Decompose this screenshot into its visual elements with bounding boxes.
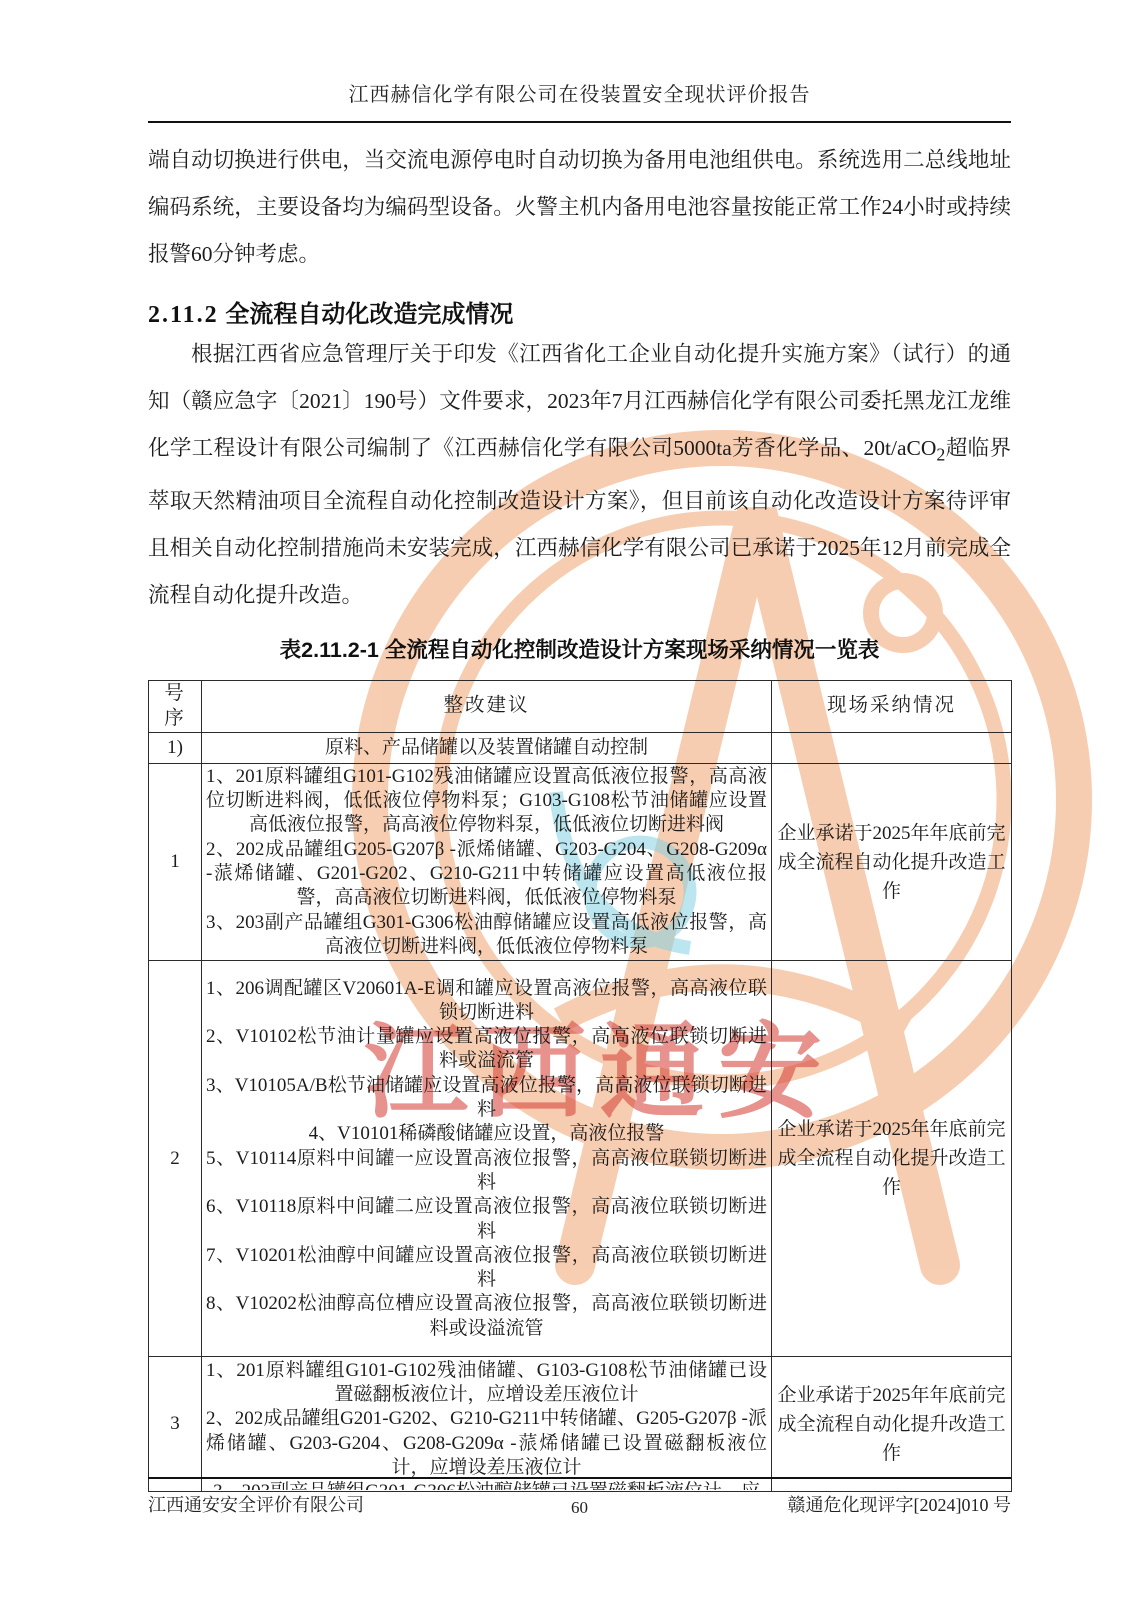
paragraph2-subscript: 2 [936, 444, 945, 464]
paragraph2-part2: 超临界萃取天然精油项目全流程自动化控制改造设计方案》，但目前该自动化改造设计方案… [148, 436, 1011, 607]
adoption-cell-empty [772, 732, 1012, 763]
table-row-3: 3 1、201原料罐组G101-G102残油储罐、G103-G108松节油储罐已… [149, 1357, 1012, 1492]
page-content: 江西赫信化学有限公司在役装置安全现状评价报告 端自动切换进行供电，当交流电源停电… [0, 0, 1131, 1518]
column-header-suggestion: 整改建议 [202, 681, 772, 733]
table-header-row: 号 序 整改建议 现场采纳情况 [149, 681, 1012, 733]
suggestion-item: 4、V10101稀磷酸储罐应设置，高液位报警 [206, 1122, 767, 1146]
footer-document-number: 赣通危化现评字[2024]010 号 [788, 1491, 1012, 1517]
suggestion-item: 1、206调配罐区V20601A-E调和罐应设置高液位报警，高高液位联锁切断进料 [206, 977, 767, 1026]
suggestion-item: 2、202成品罐组G201-G202、G210-G211中转储罐、G205-G2… [206, 1407, 767, 1480]
table-row-1: 1 1、201原料罐组G101-G102残油储罐应设置高低液位报警，高高液位切断… [149, 763, 1012, 960]
suggestion-item: 5、V10114原料中间罐一应设置高液位报警，高高液位联锁切断进料 [206, 1147, 767, 1196]
suggestion-item: 3、203副产品罐组G301-G306松油醇储罐应设置高低液位报警，高高液位切断… [206, 911, 767, 960]
row-no-cell: 1) [149, 732, 202, 763]
adoption-cell: 企业承诺于2025年年底前完成全流程自动化提升改造工作 [772, 1357, 1012, 1492]
adoption-cell: 企业承诺于2025年年底前完成全流程自动化提升改造工作 [772, 961, 1012, 1357]
row-no-cell: 3 [149, 1357, 202, 1492]
body-paragraph-1: 端自动切换进行供电，当交流电源停电时自动切换为备用电池组供电。系统选用二总线地址… [148, 137, 1011, 278]
table-caption: 表2.11.2-1 全流程自动化控制改造设计方案现场采纳情况一览表 [148, 633, 1011, 664]
adoption-status-table: 号 序 整改建议 现场采纳情况 1) 原料、产品储罐以及装置储罐自动控制 1 1… [148, 680, 1012, 1492]
suggestion-item: 1、201原料罐组G101-G102残油储罐、G103-G108松节油储罐已设置… [206, 1359, 767, 1408]
section-heading: 2.11.2 全流程自动化改造完成情况 [148, 294, 1011, 329]
suggestion-cell: 1、201原料罐组G101-G102残油储罐、G103-G108松节油储罐已设置… [202, 1357, 772, 1492]
page-footer: 江西通安安全评价有限公司 赣通危化现评字[2024]010 号 [148, 1477, 1011, 1517]
suggestion-cell: 1、206调配罐区V20601A-E调和罐应设置高液位报警，高高液位联锁切断进料… [202, 961, 772, 1357]
paragraph2-part1: 根据江西省应急管理厅关于印发《江西省化工企业自动化提升实施方案》（试行）的通知（… [148, 342, 1011, 460]
table-row-section: 1) 原料、产品储罐以及装置储罐自动控制 [149, 732, 1012, 763]
suggestion-item: 3、V10105A/B松节油储罐应设置高液位报警，高高液位联锁切断进料 [206, 1074, 767, 1123]
suggestion-item: 2、V10102松节油计量罐应设置高液位报警，高高液位联锁切断进料或溢流管 [206, 1025, 767, 1074]
column-header-no: 号 序 [149, 681, 202, 733]
section-title: 全流程自动化改造完成情况 [225, 301, 513, 328]
footer-company-name: 江西通安安全评价有限公司 [148, 1491, 364, 1517]
page-header-title: 江西赫信化学有限公司在役装置安全现状评价报告 [148, 78, 1011, 107]
section-title-cell: 原料、产品储罐以及装置储罐自动控制 [202, 732, 772, 763]
suggestion-item: 8、V10202松油醇高位槽应设置高液位报警，高高液位联锁切断进料或设溢流管 [206, 1292, 767, 1341]
column-header-adoption: 现场采纳情况 [772, 681, 1012, 733]
suggestion-item: 6、V10118原料中间罐二应设置高液位报警，高高液位联锁切断进料 [206, 1195, 767, 1244]
section-number: 2.11.2 [148, 302, 219, 328]
suggestion-item: 7、V10201松油醇中间罐应设置高液位报警，高高液位联锁切断进料 [206, 1244, 767, 1293]
row-no-cell: 2 [149, 961, 202, 1357]
table-row-2: 2 1、206调配罐区V20601A-E调和罐应设置高液位报警，高高液位联锁切断… [149, 961, 1012, 1357]
row-no-cell: 1 [149, 763, 202, 960]
body-paragraph-2: 根据江西省应急管理厅关于印发《江西省化工企业自动化提升实施方案》（试行）的通知（… [148, 331, 1011, 619]
suggestion-cell: 1、201原料罐组G101-G102残油储罐应设置高低液位报警，高高液位切断进料… [202, 763, 772, 960]
suggestion-item: 2、202成品罐组G205-G207β -派烯储罐、G203-G204、G208… [206, 838, 767, 911]
document-page: 江西通安 江西赫信化学有限公司在役装置安全现状评价报告 端自动切换进行供电，当交… [0, 0, 1131, 1600]
header-rule [148, 121, 1011, 123]
adoption-cell: 企业承诺于2025年年底前完成全流程自动化提升改造工作 [772, 763, 1012, 960]
suggestion-item: 1、201原料罐组G101-G102残油储罐应设置高低液位报警，高高液位切断进料… [206, 765, 767, 838]
